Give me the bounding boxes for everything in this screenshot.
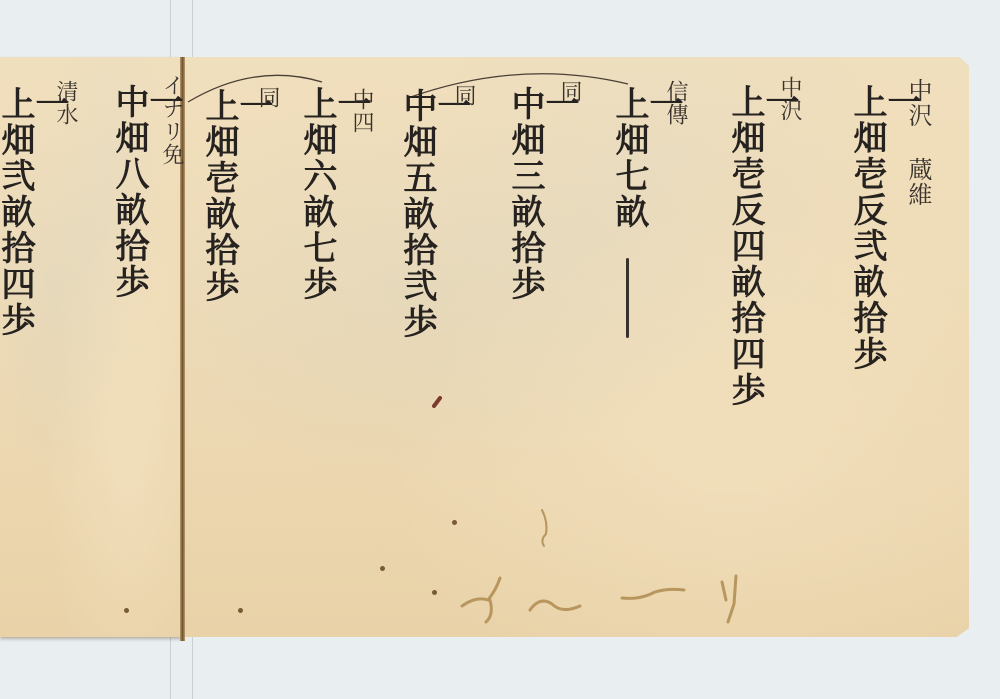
register-entry: 一 上畑壱畝拾歩 xyxy=(202,88,270,304)
entry-annotation: 同 xyxy=(558,80,580,103)
entry-annotation: 信傳 xyxy=(664,80,686,126)
register-entry: 一 中畑五畝拾弐歩 xyxy=(400,88,468,340)
entry-text: 上畑壱反四畝拾四歩 xyxy=(725,84,765,408)
worm-hole xyxy=(432,590,437,595)
entry-text: 中畑三畝拾歩 xyxy=(505,86,545,302)
ink-tail-stroke xyxy=(626,258,629,338)
entry-annotation: イナリ免 xyxy=(160,74,182,166)
entry-text: 上畑壱畝拾歩 xyxy=(199,88,239,304)
register-entry: 一 中畑三畝拾歩 xyxy=(508,86,576,302)
worm-hole xyxy=(124,608,129,613)
entry-text: 中畑五畝拾弐歩 xyxy=(397,88,437,340)
entry-text: 上畑六畝七歩 xyxy=(297,86,337,302)
entry-annotation: 中沢 蔵維 xyxy=(906,78,930,207)
register-entry: 一 上畑壱反四畝拾四歩 xyxy=(728,84,796,408)
entry-annotation: 同 xyxy=(452,84,474,107)
entry-annotation: 清水 xyxy=(54,80,76,126)
worm-hole xyxy=(452,520,457,525)
entry-annotation: 同 xyxy=(256,86,278,109)
entry-text: 上畑七畝 xyxy=(609,86,649,230)
entry-annotation: 中沢 xyxy=(778,76,800,122)
worm-hole xyxy=(238,608,243,613)
entry-text: 上畑弐畝拾四歩 xyxy=(0,86,35,338)
worm-hole xyxy=(380,566,385,571)
entry-annotation: 中四 xyxy=(350,88,372,134)
entry-text: 上畑壱反弐畝拾歩 xyxy=(847,84,887,372)
entry-text: 中畑八畝拾歩 xyxy=(109,84,149,300)
